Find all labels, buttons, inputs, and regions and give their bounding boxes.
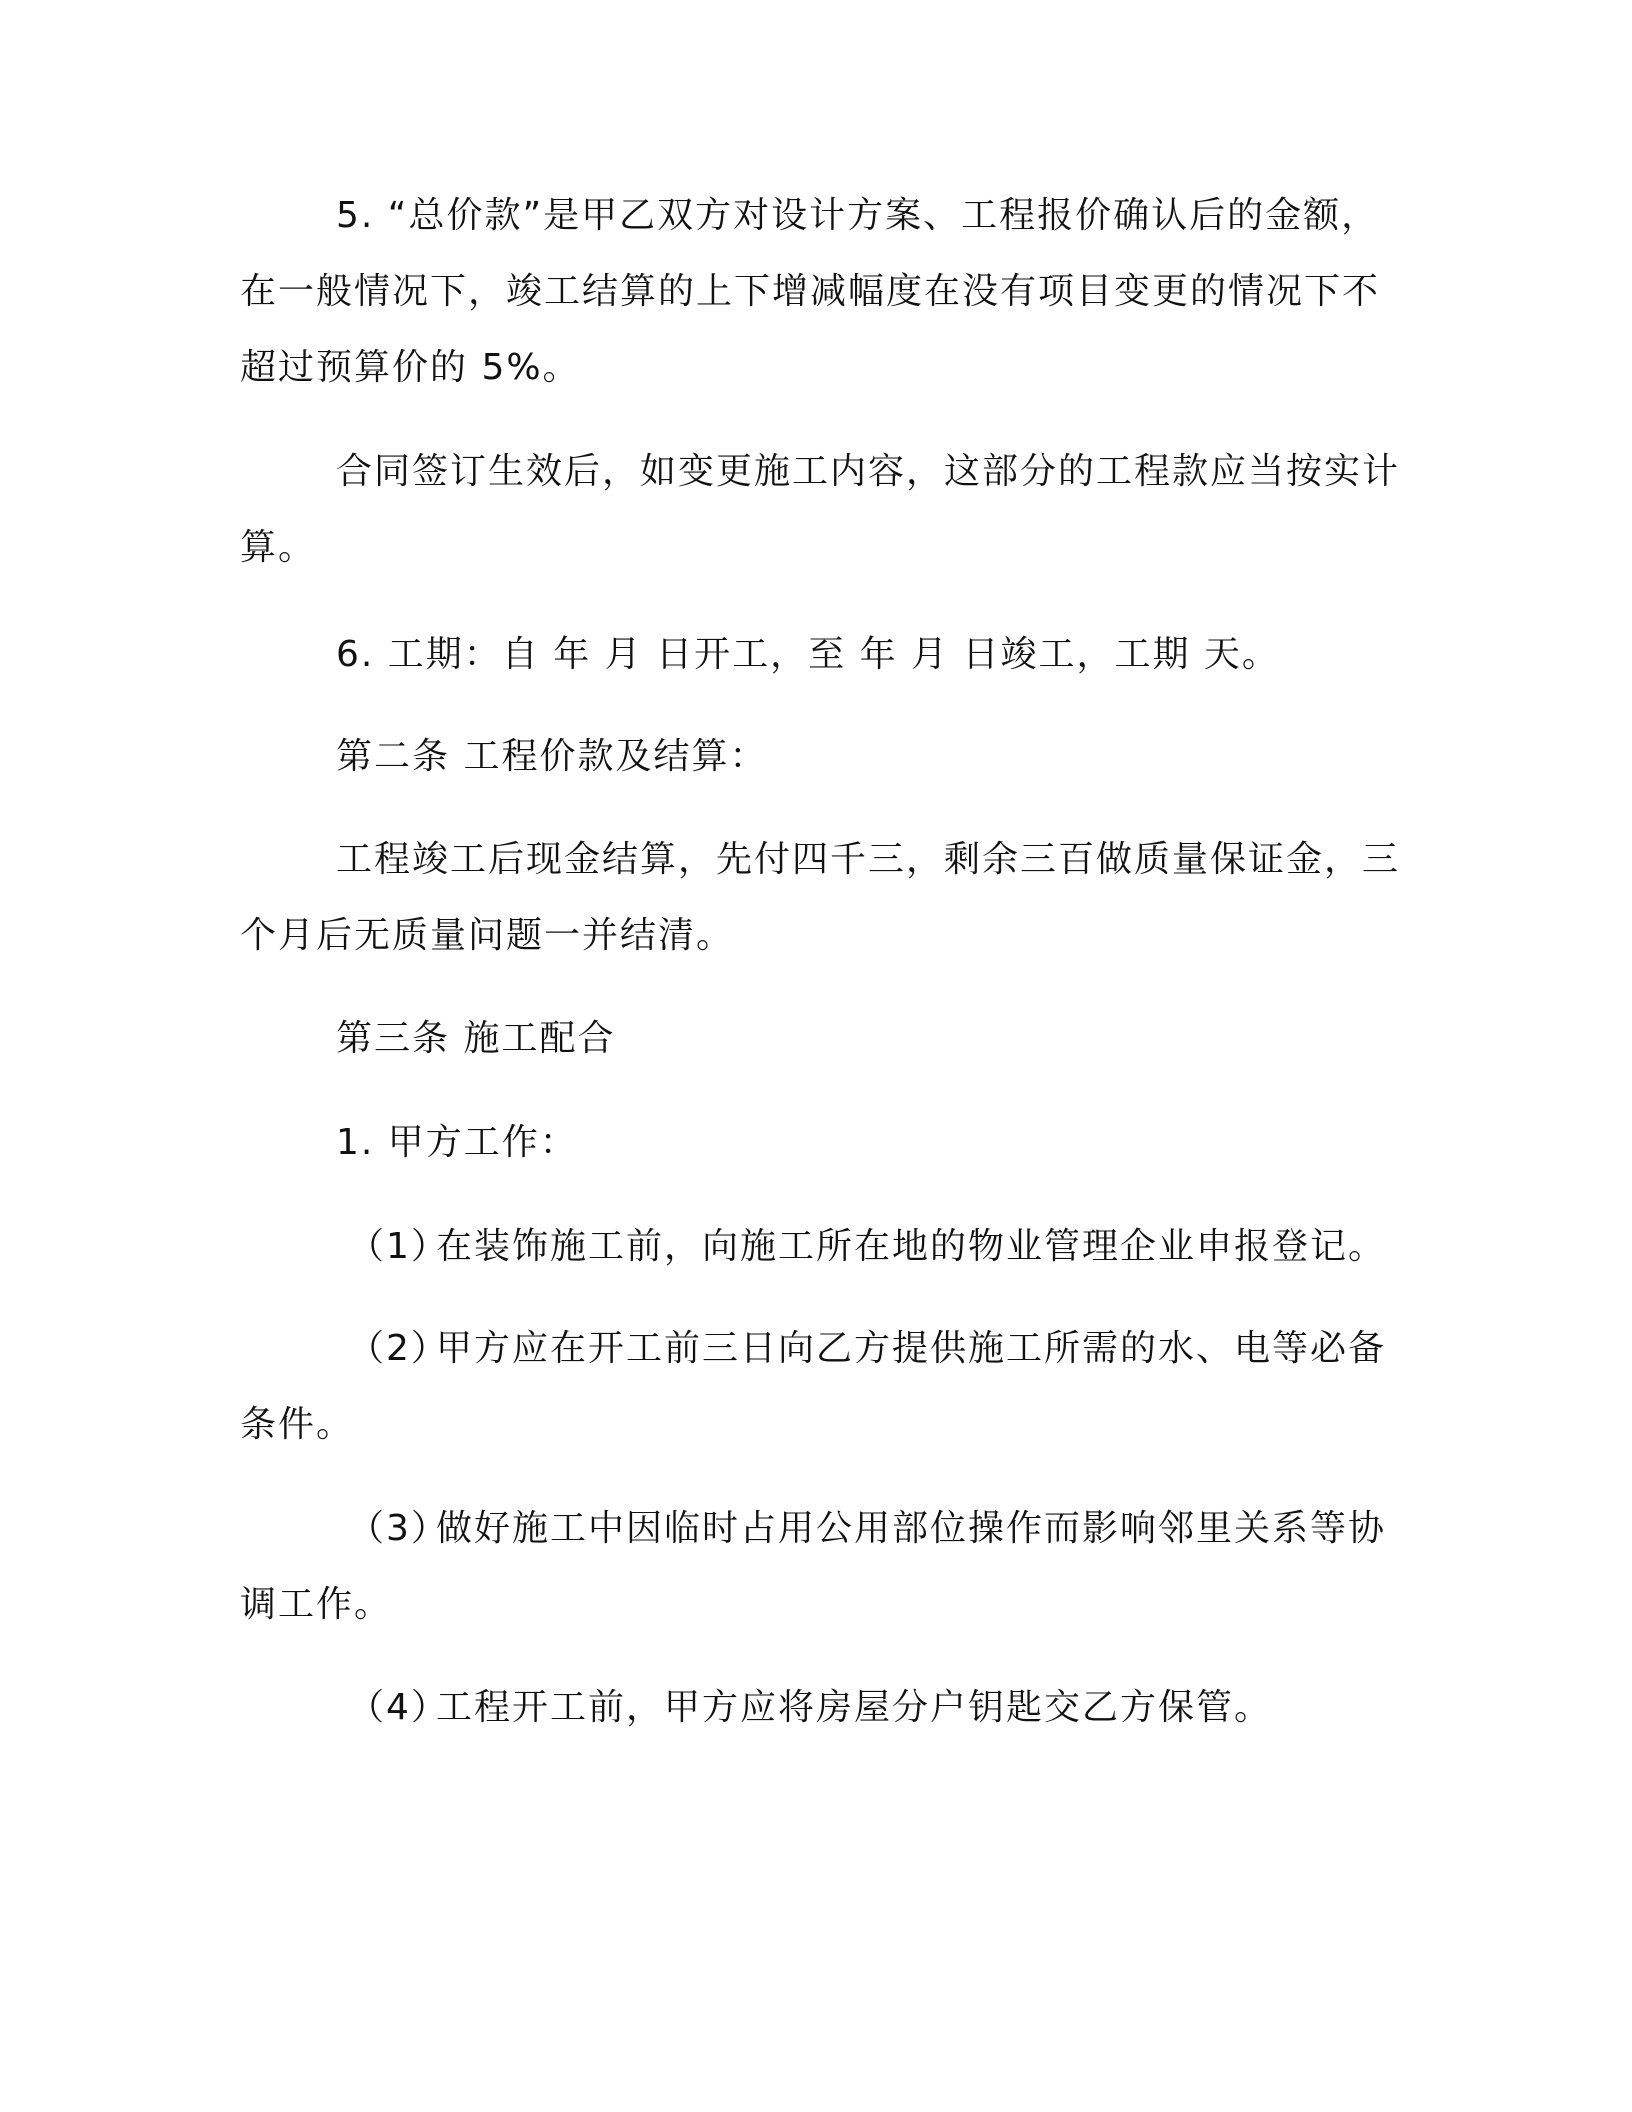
sub-item-4-marker: （4）	[348, 1686, 436, 1730]
document-page: 5. “总价款”是甲乙双方对设计方案、工程报价确认后的金额， 在一般情况下，竣工…	[0, 0, 1632, 2112]
sub-item-1: （1）在装饰施工前，向施工所在地的物业管理企业申报登记。	[348, 1225, 1386, 1269]
sub-item-3: （3）做好施工中因临时占用公用部位操作而影响邻里关系等协	[348, 1507, 1370, 1551]
sub-item-4: （4）工程开工前，甲方应将房屋分户钥匙交乙方保管。	[348, 1686, 1272, 1730]
item-5-line-1: 5. “总价款”是甲乙双方对设计方案、工程报价确认后的金额，	[336, 194, 1370, 238]
sub-item-2-marker: （2）	[348, 1327, 436, 1371]
settlement-line-1: 工程竣工后现金结算，先付四千三，剩余三百做质量保证金，三	[336, 838, 1370, 882]
sub-item-2: （2）甲方应在开工前三日向乙方提供施工所需的水、电等必备	[348, 1327, 1370, 1371]
sub-item-3-marker: （3）	[348, 1507, 436, 1551]
item-5-line-3: 超过预算价的 5%。	[240, 346, 581, 390]
contract-change-line-1: 合同签订生效后，如变更施工内容，这部分的工程款应当按实计	[336, 450, 1370, 494]
sub-item-1-text: 在装饰施工前，向施工所在地的物业管理企业申报登记。	[436, 1226, 1386, 1267]
article-3-heading: 第三条 施工配合	[336, 1017, 615, 1061]
sub-item-3-text-line-2: 调工作。	[240, 1583, 392, 1627]
sub-item-3-text-line-1: 做好施工中因临时占用公用部位操作而影响邻里关系等协	[436, 1507, 1370, 1551]
sub-item-2-text-line-2: 条件。	[240, 1403, 354, 1447]
article-2-heading: 第二条 工程价款及结算：	[336, 735, 767, 779]
sub-item-1-marker: （1）	[348, 1225, 436, 1269]
party-a-work-heading: 1. 甲方工作：	[336, 1121, 578, 1165]
item-6-construction-period: 6. 工期：自 年 月 日开工，至 年 月 日竣工，工期 天。	[336, 633, 1280, 677]
settlement-line-2: 个月后无质量问题一并结清。	[240, 914, 734, 958]
contract-change-line-2: 算。	[240, 526, 316, 570]
sub-item-2-text-line-1: 甲方应在开工前三日向乙方提供施工所需的水、电等必备	[436, 1327, 1370, 1371]
sub-item-4-text: 工程开工前，甲方应将房屋分户钥匙交乙方保管。	[436, 1687, 1272, 1728]
item-5-line-2: 在一般情况下，竣工结算的上下增减幅度在没有项目变更的情况下不	[240, 270, 1370, 314]
